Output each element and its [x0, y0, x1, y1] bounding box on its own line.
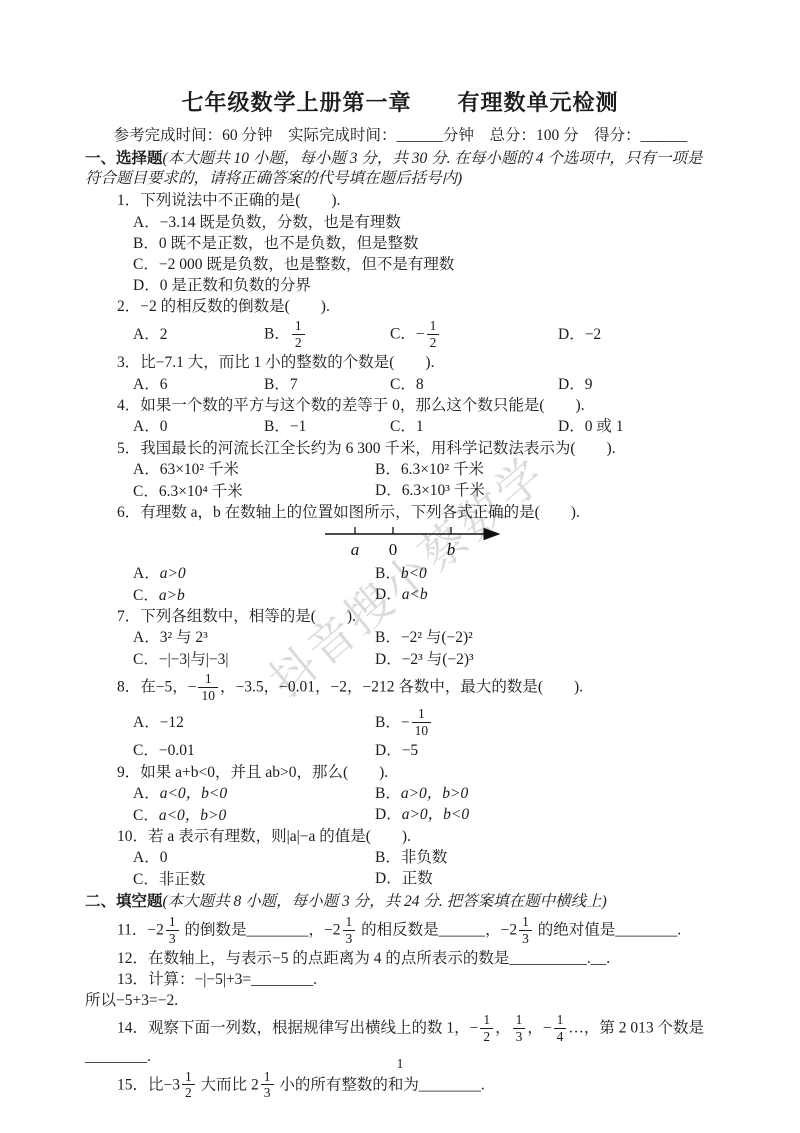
fraction: 13 — [166, 914, 179, 946]
q10-option-d: D．正数 — [375, 870, 433, 887]
q6-option-c: C．a>b — [133, 586, 375, 606]
q2-option-b: B．12 — [264, 318, 390, 352]
section-1-title: 一、选择题 — [85, 150, 163, 167]
q8-option-c: C．−0.01 — [133, 741, 375, 761]
q11-stem: 11．−213 的倒数是________，−213 的相反数是______，−2… — [85, 914, 715, 948]
q9-options-row-2: C．a<0，b>0D．a>0，b<0 — [85, 805, 715, 826]
q5-option-a: A．63×10² 千米 — [133, 460, 375, 480]
fraction: 14 — [554, 1012, 567, 1044]
q7-option-b: B．−2² 与(−2)² — [375, 629, 473, 646]
q7-options-row-1: A．3² 与 2³B．−2² 与(−2)² — [85, 628, 715, 649]
label-zero: 0 — [389, 540, 398, 559]
fraction-numerator: 1 — [198, 671, 218, 688]
option-label: A． — [133, 785, 160, 802]
q10-options-row-1: A．0B．非负数 — [85, 848, 715, 869]
section-2-heading: 二、填空题(本大题共 8 小题，每小题 3 分，共 24 分. 把答案填在题中横… — [85, 892, 715, 912]
q5-option-b: B．6.3×10² 千米 — [375, 461, 484, 478]
page-title: 七年级数学上册第一章 有理数单元检测 — [85, 86, 715, 117]
q1-option-b: B．0 既不是正数，也不是负数，但是整数 — [85, 234, 715, 254]
fraction-numerator: 1 — [343, 914, 356, 931]
q9-stem: 9．如果 a+b<0，并且 ab>0，那么( ). — [85, 763, 715, 783]
q5-options-row-2: C．6.3×10⁴ 千米D．6.3×10³ 千米 — [85, 481, 715, 502]
fraction: 13 — [519, 914, 532, 946]
number-line: a 0 b — [323, 525, 501, 561]
q9-option-a: A．a<0，b<0 — [133, 784, 375, 804]
q9-option-c: C．a<0，b>0 — [133, 806, 375, 826]
section-1-heading: 一、选择题(本大题共 10 小题，每小题 3 分，共 30 分. 在每小题的 4… — [85, 149, 715, 189]
q9-option-b: B．a>0，b>0 — [375, 785, 468, 802]
q14-stem: 14．观察下面一列数，根据规律写出横线上的数 1，−12，13，−14…，第 2… — [85, 1012, 715, 1046]
q5-stem: 5．我国最长的河流长江全长约为 6 300 千米，用科学记数法表示为( ). — [85, 439, 715, 459]
q2-option-d: D．−2 — [558, 325, 601, 345]
fraction-numerator: 1 — [427, 318, 440, 335]
q15-stem: 15．比−312 大而比 213 小的所有整数的和为________. — [85, 1069, 715, 1103]
fraction-denominator: 3 — [513, 1029, 526, 1045]
q10-option-a: A．0 — [133, 848, 375, 868]
label-a: a — [351, 540, 360, 559]
q9-option-d: D．a>0，b<0 — [375, 806, 469, 823]
fraction-denominator: 3 — [343, 931, 356, 947]
q2-options-row: A．2B．12C．−12D．−2 — [85, 318, 715, 352]
option-label: C．− — [390, 326, 425, 343]
fraction: 13 — [343, 914, 356, 946]
q2-stem: 2．−2 的相反数的倒数是( ). — [85, 297, 715, 317]
q1-stem: 1．下列说法中不正确的是( ). — [85, 191, 715, 211]
q12-stem: 12．在数轴上，与表示−5 的点距离为 4 的点所表示的数是__________… — [85, 949, 715, 969]
fraction: 12 — [292, 318, 305, 350]
exam-meta-line: 参考完成时间：60 分钟 实际完成时间：______分钟 总分：100 分 得分… — [85, 126, 715, 146]
q2-option-a: A．2 — [133, 325, 264, 345]
q4-options-row: A．0B．−1C．1D．0 或 1 — [85, 417, 715, 438]
arrowhead-right — [484, 528, 499, 539]
exam-page: 抖音搜小蔡数学 七年级数学上册第一章 有理数单元检测 参考完成时间：60 分钟 … — [0, 0, 800, 1133]
q8-options-row-1: A．−12B．−110 — [85, 706, 715, 740]
fraction: 13 — [513, 1012, 526, 1044]
fraction-numerator: 1 — [412, 706, 432, 723]
q6-options-row-1: A．a>0B．b<0 — [85, 564, 715, 585]
q3-option-a: A．6 — [133, 375, 264, 395]
q6-option-d: D．a<b — [375, 586, 428, 603]
q8-options-row-2: C．−0.01D．−5 — [85, 741, 715, 762]
q4-stem: 4．如果一个数的平方与这个数的差等于 0，那么这个数只能是( ). — [85, 396, 715, 416]
fraction-denominator: 3 — [519, 931, 532, 947]
option-label: B．− — [375, 714, 410, 731]
section-2-title: 二、填空题 — [85, 893, 163, 910]
q13-note: 所以−5+3=−2. — [85, 991, 715, 1011]
q7-option-d: D．−2³ 与(−2)³ — [375, 651, 474, 668]
label-b: b — [447, 540, 456, 559]
q10-option-c: C．非正数 — [133, 870, 375, 890]
q4-option-c: C．1 — [390, 417, 558, 437]
q10-options-row-2: C．非正数D．正数 — [85, 869, 715, 890]
q3-option-b: B．7 — [264, 375, 390, 395]
fraction-denominator: 2 — [480, 1029, 493, 1045]
option-label: D． — [375, 806, 402, 823]
fraction: 12 — [182, 1069, 195, 1101]
fraction-denominator: 10 — [198, 688, 218, 704]
fraction-numerator: 1 — [554, 1012, 567, 1029]
option-label: B． — [375, 785, 401, 802]
fraction-numerator: 1 — [480, 1012, 493, 1029]
q7-option-c: C．−|−3|与|−3| — [133, 650, 375, 670]
q8-option-b: B．−110 — [375, 714, 433, 731]
q8-option-d: D．−5 — [375, 742, 418, 759]
fraction-denominator: 2 — [427, 335, 440, 351]
q5-option-d: D．6.3×10³ 千米 — [375, 482, 485, 499]
fraction-numerator: 1 — [292, 318, 305, 335]
option-label: B． — [375, 565, 401, 582]
q4-option-b: B．−1 — [264, 417, 390, 437]
q9-options-row-1: A．a<0，b<0B．a>0，b>0 — [85, 784, 715, 805]
fraction-denominator: 3 — [166, 931, 179, 947]
q4-option-d: D．0 或 1 — [558, 417, 623, 437]
q6-stem: 6．有理数 a，b 在数轴上的位置如图所示，下列各式正确的是( ). — [85, 503, 715, 523]
q1-option-a: A．−3.14 既是负数，分数，也是有理数 — [85, 213, 715, 233]
q3-stem: 3．比−7.1 大，而比 1 小的整数的个数是( ). — [85, 353, 715, 373]
q13-stem: 13．计算：−|−5|+3=________. — [85, 970, 715, 990]
q7-option-a: A．3² 与 2³ — [133, 628, 375, 648]
fraction-numerator: 1 — [513, 1012, 526, 1029]
q3-option-c: C．8 — [390, 375, 558, 395]
fraction-denominator: 4 — [554, 1029, 567, 1045]
q6-options-row-2: C．a>bD．a<b — [85, 585, 715, 606]
q8-stem: 8．在−5，−110，−3.5，−0.01，−2，−212 各数中，最大的数是(… — [85, 671, 715, 705]
option-label: C． — [133, 587, 159, 604]
q5-options-row-1: A．63×10² 千米B．6.3×10² 千米 — [85, 460, 715, 481]
q10-stem: 10．若 a 表示有理数，则|a|−a 的值是( ). — [85, 827, 715, 847]
option-label: D． — [375, 586, 402, 603]
fraction-denominator: 3 — [261, 1085, 274, 1101]
option-label: C． — [133, 807, 159, 824]
fraction-numerator: 1 — [519, 914, 532, 931]
fraction-denominator: 10 — [412, 723, 432, 739]
q1-option-d: D．0 是正数和负数的分界 — [85, 276, 715, 296]
q5-option-c: C．6.3×10⁴ 千米 — [133, 482, 375, 502]
page-number: 1 — [0, 1057, 800, 1073]
fraction-denominator: 2 — [182, 1085, 195, 1101]
q6-option-a: A．a>0 — [133, 564, 375, 584]
option-label: B． — [264, 326, 290, 343]
q6-option-b: B．b<0 — [375, 565, 427, 582]
q3-options-row: A．6B．7C．8D．9 — [85, 374, 715, 395]
q6-figure: a 0 b — [323, 525, 715, 563]
q4-option-a: A．0 — [133, 417, 264, 437]
q2-option-c: C．−12 — [390, 318, 558, 352]
q1-option-c: C．−2 000 既是负数，也是整数，但不是有理数 — [85, 255, 715, 275]
q7-stem: 7．下列各组数中，相等的是( ). — [85, 607, 715, 627]
fraction-denominator: 2 — [292, 335, 305, 351]
fraction: 110 — [198, 671, 218, 703]
exam-content: 七年级数学上册第一章 有理数单元检测 参考完成时间：60 分钟 实际完成时间：_… — [0, 0, 800, 1103]
section-2-desc: (本大题共 8 小题，每小题 3 分，共 24 分. 把答案填在题中横线上) — [163, 893, 607, 910]
option-label: A． — [133, 565, 160, 582]
q7-options-row-2: C．−|−3|与|−3|D．−2³ 与(−2)³ — [85, 650, 715, 671]
fraction: 13 — [261, 1069, 274, 1101]
fraction: 12 — [427, 318, 440, 350]
fraction: 12 — [480, 1012, 493, 1044]
section-1-desc: (本大题共 10 小题，每小题 3 分，共 30 分. 在每小题的 4 个选项中… — [85, 150, 702, 187]
q3-option-d: D．9 — [558, 375, 592, 395]
q10-option-b: B．非负数 — [375, 849, 447, 866]
fraction: 110 — [412, 706, 432, 738]
fraction-numerator: 1 — [166, 914, 179, 931]
q8-option-a: A．−12 — [133, 713, 375, 733]
